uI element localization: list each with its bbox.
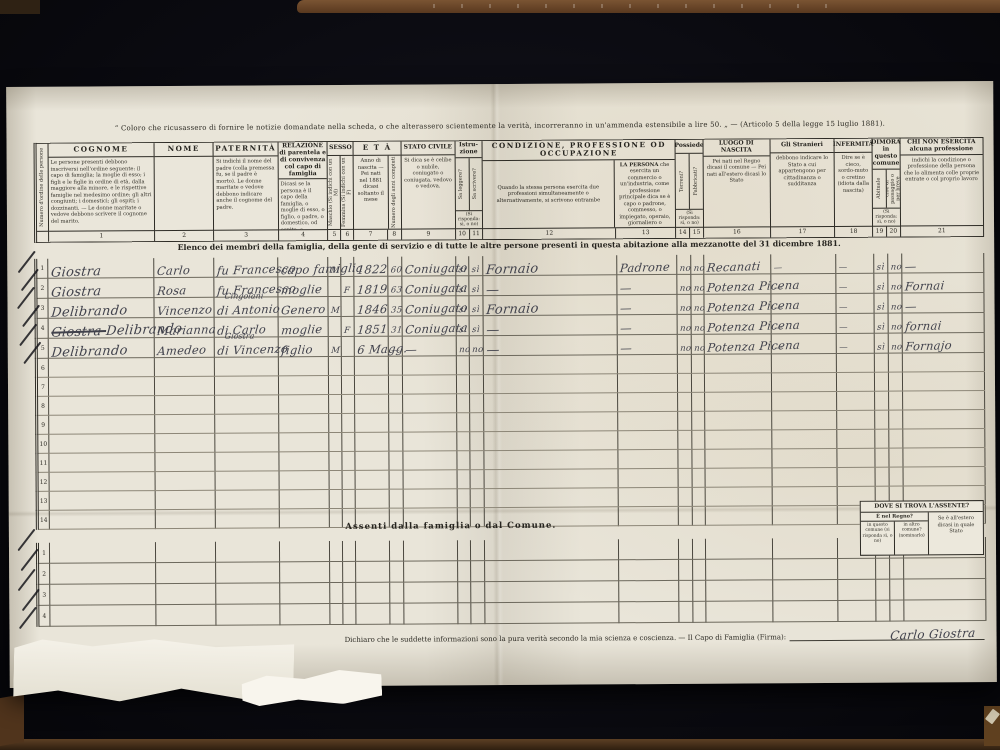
cell-m: M [328, 296, 341, 316]
cell-relazione [279, 395, 329, 414]
cell-stato: Coniugato [401, 256, 455, 276]
column-number: 3 [214, 229, 277, 240]
cell-occasionale [888, 353, 902, 372]
cell-infermita: — [836, 313, 874, 333]
cell-legge [456, 451, 470, 470]
cell-professione [484, 431, 618, 451]
cell-terreni [677, 449, 691, 468]
cell-anni [388, 356, 402, 375]
cell-nascita: Recanati [704, 254, 771, 274]
cell-f [343, 582, 356, 603]
cell-nome [155, 376, 215, 395]
cell-anno [354, 356, 388, 375]
handwritten-entry: di Antonio [216, 304, 280, 318]
cell-legge [456, 432, 470, 451]
cell-anni [388, 394, 402, 413]
column-note: (Si risponda: sì, o no) [676, 209, 703, 227]
column-istruzione: Istru-zione Sa leggere? Sa scrivere? (Si… [455, 141, 483, 239]
column-description: Le persone presenti debbono inscriversi … [49, 157, 154, 231]
column-possiede: Possiede Terreni? Fabbricati? (Si rispon… [676, 140, 704, 238]
cell-fabbricati [692, 487, 706, 506]
cell-relazione [279, 414, 329, 433]
handwritten-entry: no [458, 346, 470, 355]
box-sub-altro-comune: in altro comune? (nominarlo) [894, 521, 928, 554]
declaration-line: Dichiaro che le suddette informazioni so… [345, 627, 985, 644]
cell-stato [403, 451, 457, 470]
cell-m [329, 470, 342, 489]
cell-stato [403, 470, 457, 489]
cell-anno: 1846 [354, 296, 388, 316]
handwritten-entry: F [344, 287, 351, 296]
column-number [37, 231, 48, 242]
cell-fabbricati [692, 559, 706, 580]
sub-column-anno-nascita: Anno di nascita — Pei nati nel 1881 dica… [354, 156, 388, 229]
cell-f [343, 603, 356, 624]
cell-professione: Fornaio [483, 255, 617, 275]
cell-professione [484, 393, 618, 413]
cell-anno [356, 561, 390, 582]
cell-paternita [215, 541, 280, 562]
cell-alimenta [902, 353, 985, 373]
handwritten-entry: — [774, 284, 784, 293]
cell-scrive [470, 413, 484, 432]
cell-occasionale: no [887, 254, 901, 274]
cell-nascita [705, 354, 772, 373]
cell-cognome [49, 542, 155, 563]
cell-anni: 35 [388, 296, 402, 316]
cell-relazione: Genero [278, 297, 328, 317]
column-label: PATERNITÀ [214, 142, 277, 156]
cell-nome [155, 490, 215, 509]
cell-persona: Padrone [617, 255, 677, 275]
handwritten-entry: no [679, 285, 691, 294]
cell-professione [485, 488, 619, 508]
cell-relazione: capo famiglia [278, 257, 328, 277]
cell-nome [156, 542, 216, 563]
cell-terreni [677, 392, 691, 411]
cell-alimenta: — [901, 253, 984, 273]
cell-infermita [837, 467, 875, 486]
cell-paternita [216, 604, 281, 625]
cell-terreni [677, 411, 691, 430]
cell-fabbricati [691, 430, 705, 449]
cell-paternita [214, 376, 279, 395]
cell-cognome: Giostra Delibrando [48, 318, 154, 339]
cell-fabbricati: no [690, 255, 704, 275]
cell-stranieri [772, 467, 837, 486]
cell-occasionale [889, 558, 903, 579]
column-eta: E T À Anno di nascita — Pei nati nel 188… [354, 142, 402, 240]
handwritten-entry: no [693, 344, 705, 353]
handwritten-entry: Marianna [157, 324, 217, 337]
cell-occasionale: no [888, 293, 902, 313]
cell-abituale: sì [874, 273, 888, 293]
cell-alimenta: Fornajo [902, 333, 985, 354]
cell-legge [457, 603, 471, 624]
cell-m [329, 375, 342, 394]
cell-relazione [280, 604, 330, 625]
cell-m [330, 582, 343, 603]
cell-alimenta [902, 448, 985, 468]
cell-terreni [678, 601, 692, 622]
cell-professione [485, 560, 619, 582]
tally-slash [18, 569, 36, 592]
cell-paternita [214, 357, 279, 376]
handwritten-entry: — [839, 344, 849, 353]
cell-infermita [838, 600, 876, 621]
cell-m [329, 451, 342, 470]
cell-scrive [471, 540, 485, 561]
handwritten-entry: 63 [390, 286, 402, 295]
handwritten-entry: — [773, 264, 783, 273]
cell-paternita [215, 414, 280, 433]
box-title: DOVE SI TROVA L'ASSENTE? [861, 501, 983, 513]
cell-professione [484, 355, 618, 375]
cell-infermita: — [836, 254, 874, 274]
cell-relazione: moglie [278, 277, 328, 297]
cell-professione [484, 374, 618, 394]
cell-cognome [50, 584, 156, 606]
cell-legge [457, 561, 471, 582]
cell-infermita [836, 353, 874, 372]
handwritten-entry: 60 [390, 266, 402, 275]
column-description: indichi la condizione o professione dell… [900, 155, 983, 226]
cell-infermita [836, 372, 874, 391]
cell-persona [618, 449, 678, 468]
cell-n: 3 [38, 584, 50, 605]
cell-terreni [678, 468, 692, 487]
cell-legge [457, 540, 471, 561]
column-label: Istru-zione [455, 141, 482, 158]
cell-stato [402, 394, 456, 413]
cell-legge: sì [456, 316, 470, 336]
cell-scrive [470, 394, 484, 413]
cell-anno [356, 582, 390, 603]
column-chi-non-esercita: CHI NON ESERCITA alcuna professione indi… [900, 138, 983, 236]
cell-cognome [48, 358, 154, 378]
cell-f [343, 561, 356, 582]
census-sheet: “ Coloro che ricusassero di fornire le n… [6, 81, 997, 688]
cell-alimenta: Fornai [901, 273, 984, 294]
cell-anni [389, 541, 403, 562]
wooden-corner-left [0, 694, 24, 746]
cell-m [330, 541, 343, 562]
cell-scrive [470, 470, 484, 489]
cell-m [329, 394, 342, 413]
column-condizione-professione: CONDIZIONE, PROFESSIONE OD OCCUPAZIONE Q… [483, 140, 676, 239]
cell-anni [388, 375, 402, 394]
cell-legge [456, 394, 470, 413]
cell-professione [485, 602, 619, 624]
head-of-family-signature: Carlo Giostra [889, 627, 976, 643]
cell-paternita [215, 433, 280, 452]
cell-cognome: Delibrando [48, 298, 154, 319]
cell-f [342, 470, 355, 489]
cell-persona [617, 354, 677, 373]
cell-fabbricati: no [691, 334, 705, 354]
column-label: Gli Stranieri [770, 139, 834, 153]
cell-abituale [875, 558, 889, 579]
cell-legge [457, 470, 471, 489]
cell-nome [155, 452, 215, 471]
handwritten-entry: — [838, 304, 848, 313]
cell-stato: Coniugata [402, 276, 456, 296]
tally-slash [17, 287, 35, 310]
cell-m: M [328, 257, 341, 277]
cell-stranieri: — [771, 293, 836, 313]
cell-fabbricati [692, 468, 706, 487]
cell-nome [156, 604, 216, 625]
cell-anno [355, 432, 389, 451]
handwritten-entry: no [679, 345, 691, 354]
handwritten-entry: 1846 [357, 304, 388, 317]
cell-stranieri [772, 391, 837, 410]
handwritten-entry: Recanati [707, 261, 762, 274]
cell-f [342, 413, 355, 432]
column-label: Possiede [676, 140, 703, 154]
cell-legge: sì [455, 256, 469, 276]
cell-anno [355, 470, 389, 489]
cell-alimenta [903, 579, 986, 601]
column-number: 18 [835, 226, 872, 237]
cell-anno: 6 Magg. [354, 336, 388, 356]
cell-n: 1 [37, 543, 49, 564]
cell-f [342, 394, 355, 413]
tally-slash [17, 529, 35, 552]
handwritten-entry: sì [458, 286, 466, 295]
column-nome: NOME 2 [154, 143, 214, 241]
handwritten-entry: no [693, 304, 705, 313]
cell-anno [355, 413, 389, 432]
column-description: Dire se è cieco, sordo-muto o cretino (i… [835, 153, 872, 226]
handwritten-entry: — [838, 284, 848, 293]
cell-abituale: sì [874, 293, 888, 313]
cell-stato [402, 356, 456, 375]
column-numero-ordine: Numero d'ordine delle persone [37, 144, 50, 242]
cell-professione: — [483, 275, 617, 296]
cell-anni [389, 561, 403, 582]
cell-legge: sì [455, 296, 469, 316]
cell-paternita [215, 490, 280, 509]
cell-abituale [875, 448, 889, 467]
cell-scrive [470, 375, 484, 394]
cell-persona [618, 559, 678, 580]
cell-nome: Marianna [154, 317, 214, 337]
cell-persona: — [617, 274, 677, 294]
cell-nascita [705, 411, 772, 430]
cell-scrive: sì [469, 296, 483, 316]
cell-anno [355, 451, 389, 470]
handwritten-entry: Fornajo [904, 340, 952, 353]
cell-f [341, 336, 354, 356]
cell-stato [402, 375, 456, 394]
sub-column-fabbricati: Fabbricati? [693, 167, 699, 196]
box-sub-questo-comune: in questo comune (si risponda sì, o no) [861, 522, 894, 555]
cell-f [342, 432, 355, 451]
cell-persona [618, 539, 678, 560]
cell-f: F [341, 316, 354, 336]
cell-stato: — [402, 336, 456, 356]
cell-nascita: Potenza Picena [704, 274, 771, 294]
cell-infermita [837, 448, 875, 467]
absent-location-box: DOVE SI TROVA L'ASSENTE? È nel Regno? in… [860, 500, 984, 556]
tally-slash [18, 251, 36, 274]
handwritten-entry: sì [472, 306, 480, 315]
cell-scrive [470, 356, 484, 375]
column-label: SESSO [328, 142, 353, 156]
handwritten-entry: 1819 [356, 284, 387, 297]
cell-occasionale: no [888, 313, 902, 333]
cell-persona [618, 487, 678, 506]
cell-scrive: sì [470, 316, 484, 336]
sub-column-anni-compiuti: Numero degli anni compiuti [392, 157, 398, 228]
cell-anno: 1851 [354, 316, 388, 336]
cell-scrive [471, 489, 485, 508]
column-stranieri: Gli Stranieri debbono indicare lo Stato … [770, 139, 835, 237]
cell-infermita [837, 429, 875, 448]
cell-scrive [471, 603, 485, 624]
cell-n: 5 [36, 338, 48, 358]
column-number: 5 [328, 230, 340, 240]
handwritten-entry: no [890, 283, 902, 292]
cell-persona [618, 430, 678, 449]
cell-scrive [470, 432, 484, 451]
cell-stranieri: — [771, 273, 836, 293]
cell-n: 12 [37, 472, 49, 491]
cell-fabbricati [692, 539, 706, 560]
cell-n: 4 [36, 318, 48, 338]
handwritten-entry: sì [458, 306, 466, 315]
cell-nome [155, 433, 215, 452]
handwritten-entry: 1822 [356, 264, 387, 277]
column-number: 8 [387, 230, 401, 240]
cell-nascita: Potenza Picena [705, 334, 772, 354]
cell-m [329, 413, 342, 432]
handwritten-entry: F [344, 327, 351, 336]
column-number: 4 [279, 229, 328, 240]
cell-relazione: moglie [278, 317, 328, 337]
cell-anni: 31 [388, 316, 402, 336]
cell-n: 4 [38, 605, 50, 626]
cell-professione: — [483, 315, 617, 336]
cell-anno [355, 394, 389, 413]
cell-fabbricati: no [690, 294, 704, 314]
cell-infermita [838, 579, 876, 600]
cell-m [330, 561, 343, 582]
cell-terreni: no [676, 274, 690, 294]
cell-anni [390, 582, 404, 603]
cell-stranieri: — [771, 313, 836, 333]
handwritten-entry: no [693, 284, 705, 293]
cell-n: 2 [38, 563, 50, 584]
cell-infermita: — [836, 333, 874, 353]
cell-anni [389, 413, 403, 432]
column-number: 2 [155, 230, 214, 241]
cell-nascita [706, 559, 773, 580]
cell-anno [354, 375, 388, 394]
cell-f [341, 257, 354, 277]
handwritten-entry: — [405, 344, 418, 356]
cell-relazione [279, 433, 329, 452]
cell-paternita [215, 562, 280, 583]
cell-stato: Coniugato [402, 296, 456, 316]
signature-line: Carlo Giostra [789, 627, 985, 641]
handwritten-entry: sì [472, 326, 480, 335]
household-members-table: 1GiostraCarlofu Francescocapo famigliaM1… [34, 253, 986, 530]
cell-professione: — [484, 335, 618, 356]
cell-nascita: Potenza Picena [704, 314, 771, 334]
cell-stato [404, 603, 458, 624]
cell-paternita [215, 452, 280, 471]
absent-members-table: 1234 [36, 537, 986, 627]
cell-relazione [279, 357, 329, 376]
sub-column-maschio: Maschio (Si indichi con un M) [328, 156, 339, 229]
cell-nome: Rosa [154, 277, 214, 297]
cell-anni [389, 451, 403, 470]
handwritten-entry: figlio [281, 344, 313, 357]
cell-stranieri [773, 579, 838, 600]
handwritten-annotation: Cingolani [224, 292, 264, 300]
handwritten-entry: — [774, 324, 784, 333]
cell-anni [389, 489, 403, 508]
column-note: (Si risponda: sì, o no) [456, 210, 483, 228]
handwritten-entry: — [774, 304, 784, 313]
cell-f [341, 296, 354, 316]
cell-persona: — [617, 314, 677, 334]
declaration-text: Dichiaro che le suddette informazioni so… [345, 633, 787, 644]
handwritten-entry: Fornai [904, 280, 945, 293]
table-row: 4 [38, 600, 986, 627]
column-number: 14 [676, 228, 689, 238]
column-label: COGNOME [48, 143, 153, 158]
cell-infermita: — [836, 273, 874, 293]
cell-scrive: no [470, 336, 484, 356]
handwritten-entry: no [472, 346, 484, 355]
cell-infermita [837, 410, 875, 429]
column-number: 19 [873, 227, 886, 237]
sub-column-femmina: Femmina (Si indichi con un F) [341, 156, 352, 229]
handwritten-entry: M [330, 267, 340, 276]
cell-scrive [470, 451, 484, 470]
cell-professione [484, 450, 618, 470]
column-label: CHI NON ESERCITA alcuna professione [900, 138, 982, 155]
cell-stranieri [773, 600, 838, 621]
cell-persona [617, 392, 677, 411]
cell-stranieri [773, 558, 838, 579]
cell-persona [618, 411, 678, 430]
cell-alimenta: — [901, 293, 984, 314]
cell-scrive [471, 582, 485, 603]
column-luogo-nascita: LUOGO DI NASCITA Pei nati nel Regno dica… [703, 139, 770, 237]
cell-cognome [49, 491, 155, 511]
cell-infermita [836, 391, 874, 410]
column-description [154, 157, 213, 230]
cell-alimenta [902, 391, 985, 411]
column-number: 15 [689, 228, 703, 238]
cell-abituale [874, 372, 888, 391]
cell-abituale: sì [874, 313, 888, 333]
cell-persona [619, 580, 679, 601]
handwritten-entry: Padrone [619, 262, 670, 275]
cell-terreni [678, 580, 692, 601]
sub-column-professioni: Quando la stessa persona esercita due pr… [483, 160, 614, 228]
cell-nome [156, 583, 216, 604]
cell-nome [155, 395, 215, 414]
handwritten-entry: Genero [281, 304, 326, 317]
cell-stato [402, 413, 456, 432]
cell-terreni [678, 539, 692, 560]
handwritten-entry: sì [458, 326, 466, 335]
